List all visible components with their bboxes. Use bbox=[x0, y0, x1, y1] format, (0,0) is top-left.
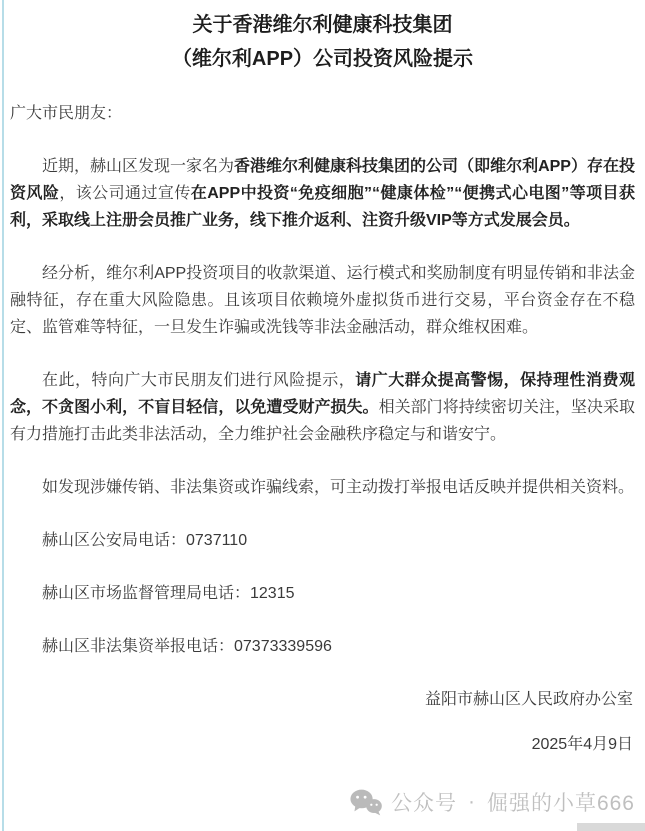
issuer-signature: 益阳市赫山区人民政府办公室 bbox=[10, 686, 633, 713]
wechat-icon bbox=[350, 789, 382, 816]
paragraph-text: 在此，特向广大市民朋友们进行风险提示， bbox=[42, 372, 355, 389]
watermark-label: 公众号 bbox=[391, 787, 457, 817]
notice-document: 关于香港维尔利健康科技集团 （维尔利APP）公司投资风险提示 广大市民朋友： 近… bbox=[0, 0, 645, 831]
paragraph-1: 近期，赫山区发现一家名为香港维尔利健康科技集团的公司（即维尔利APP）存在投资风… bbox=[10, 153, 635, 234]
left-border-line bbox=[2, 0, 4, 831]
title-line-2: （维尔利APP）公司投资风险提示 bbox=[10, 42, 635, 76]
contact-phone-illegal-fundraising: 赫山区非法集资举报电话：07373339596 bbox=[10, 633, 635, 660]
issue-date: 2025年4月9日 bbox=[10, 731, 633, 758]
contact-phone-police: 赫山区公安局电话：0737110 bbox=[10, 527, 635, 554]
title-line-1: 关于香港维尔利健康科技集团 bbox=[10, 8, 635, 42]
paragraph-3: 在此，特向广大市民朋友们进行风险提示，请广大群众提高警惕，保持理性消费观念，不贪… bbox=[10, 367, 635, 448]
salutation: 广大市民朋友： bbox=[10, 100, 635, 127]
paragraph-2: 经分析，维尔利APP投资项目的收款渠道、运行模式和奖励制度有明显传销和非法金融特… bbox=[10, 260, 635, 341]
paragraph-text: 经分析，维尔利APP投资项目的收款渠道、运行模式和奖励制度有明显传销和非法金融特… bbox=[10, 265, 635, 336]
paragraph-text: 如发现涉嫌传销、非法集资或诈骗线索，可主动拨打举报电话反映并提供相关资料。 bbox=[42, 479, 634, 496]
watermark-separator: · bbox=[468, 790, 476, 814]
paragraph-4: 如发现涉嫌传销、非法集资或诈骗线索，可主动拨打举报电话反映并提供相关资料。 bbox=[10, 474, 635, 501]
watermark-account: 倔强的小草666 bbox=[487, 787, 635, 817]
document-title: 关于香港维尔利健康科技集团 （维尔利APP）公司投资风险提示 bbox=[10, 8, 635, 76]
watermark: 公众号 · 倔强的小草666 bbox=[350, 787, 635, 817]
corner-bar bbox=[577, 823, 645, 831]
paragraph-text: ，该公司通过宣传 bbox=[59, 185, 190, 202]
contact-phone-market-regulator: 赫山区市场监督管理局电话：12315 bbox=[10, 580, 635, 607]
paragraph-text: 近期，赫山区发现一家名为 bbox=[42, 158, 234, 175]
